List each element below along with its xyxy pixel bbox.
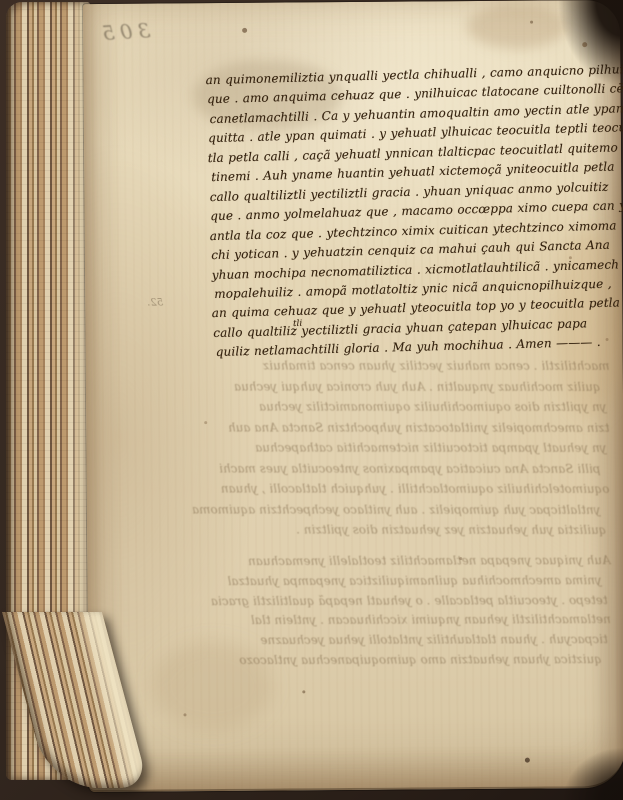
verso-showthrough-block-1: machtiliztli . cenca mahuiz yectiliz yhu… bbox=[182, 356, 606, 541]
showthrough-line: machtiliztli . cenca mahuiz yectiliz yhu… bbox=[182, 356, 609, 377]
book-photo: 305 52. an quimonemiliztia ynqualli yect… bbox=[0, 0, 623, 800]
showthrough-line: quiliz mochihuaz ynqualtin . Auh yuh cro… bbox=[182, 376, 600, 397]
showthrough-line: ticpacyuh . yhuan tlatlauhtiliz yntlatol… bbox=[184, 630, 608, 651]
showthrough-line: ynima amechmochihua quilnamiquiliztica y… bbox=[184, 571, 602, 592]
margin-mark-showthrough: 52. bbox=[147, 298, 163, 309]
showthrough-line: quiliztia yuh yehuatzin yez yehuatzin di… bbox=[182, 520, 606, 541]
page-number-showthrough: 305 bbox=[96, 18, 151, 45]
showthrough-line: yn ypiltzin dios oquimochihuiliz oquimon… bbox=[182, 397, 606, 418]
showthrough-line: quiztica yhuan yehuatzin amo quimoquipan… bbox=[184, 650, 602, 671]
superscript-tli: tli bbox=[293, 315, 303, 335]
showthrough-line: yn yehuatl ypampa tictocuitliz nictemach… bbox=[182, 438, 606, 459]
showthrough-line: tetepo . yteocuitla petlacalle . o yehua… bbox=[184, 591, 608, 612]
showthrough-line: oquimotelchihuiliz oquimotlachtilli . yu… bbox=[182, 479, 609, 500]
showthrough-line: yntlalticpac yuh quimopieliz . auh ynitl… bbox=[182, 499, 600, 520]
ink-specks bbox=[83, 4, 86, 7]
verso-showthrough-block-2: Auh yniquac ynepapa netlamachtiliz teotl… bbox=[184, 551, 608, 671]
showthrough-line: netlamachtiliztli yehuan ynquimi xicchih… bbox=[184, 611, 611, 632]
gutter-shadow-top-right bbox=[533, 0, 623, 120]
showthrough-line: Auh yniquac ynepapa netlamachtiliz teotl… bbox=[184, 551, 611, 572]
showthrough-line: pilli Sancta Ana cuicatica ypampaxinos y… bbox=[182, 458, 600, 479]
showthrough-line: tzin amechmopieliz ynitlatocatzin yuhpoc… bbox=[182, 417, 609, 438]
shadow-bottom-right bbox=[543, 730, 623, 800]
